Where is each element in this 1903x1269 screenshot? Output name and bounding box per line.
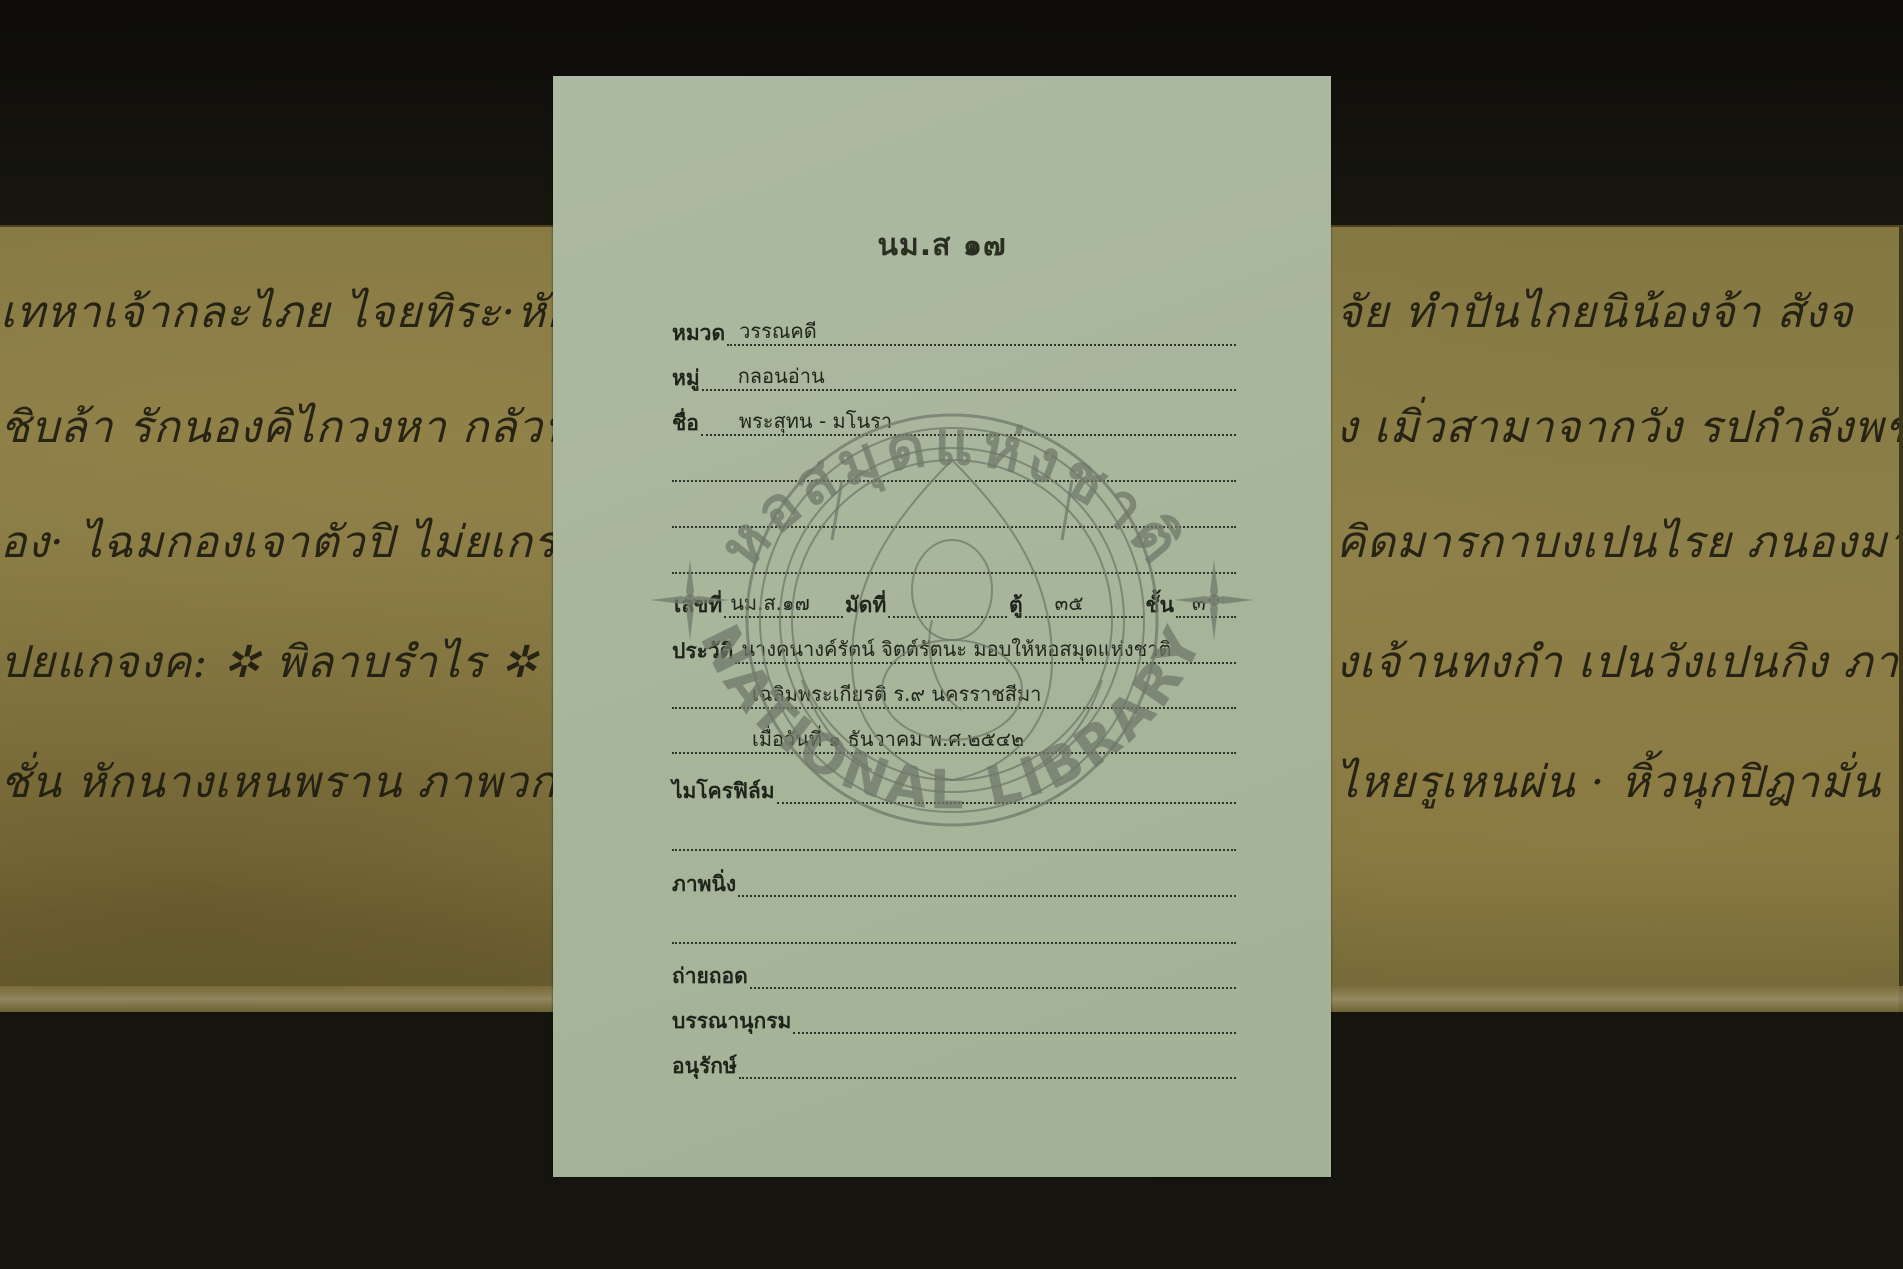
field-transcription: ถ่ายถอด [672,949,1236,989]
ganesha-seal-icon: หอสมุดแห่งชาติ NATIONAL LIBRARY [632,300,1272,940]
field-line [793,1002,1236,1034]
field-line [750,957,1236,989]
manuscript-line: คิดมารกาบงเปนไรย ภนองมาเล [1336,507,1903,577]
field-label: ถ่ายถอด [672,966,748,989]
field-label: บรรณานุกรม [672,1011,791,1034]
field-line [739,1047,1236,1079]
field-bibliography: บรรณานุกรม [672,994,1236,1034]
strip-edge [1899,227,1903,1012]
manuscript-line: ง เมิ่วสามาจากวัง รปกำลังพชลั [1336,392,1903,462]
manuscript-line: งเจ้านทงกำ เปนวังเปนกิง ภาย [1336,627,1903,697]
svg-text:หอสมุดแห่งชาติ: หอสมุดแห่งชาติ [706,409,1198,581]
field-conservation: อนุรักษ์ [672,1039,1236,1079]
svg-text:NATIONAL LIBRARY: NATIONAL LIBRARY [688,615,1216,822]
card-title: นม.ส ๑๗ [553,222,1331,269]
field-label: อนุรักษ์ [672,1056,737,1079]
manuscript-line: จัย ทำปันไกยนิน้องจ้า สังจ [1336,277,1853,347]
manuscript-line: ไหยรูเหนผ่น · หิ้วนุกปิฎามั่น [1336,747,1881,817]
